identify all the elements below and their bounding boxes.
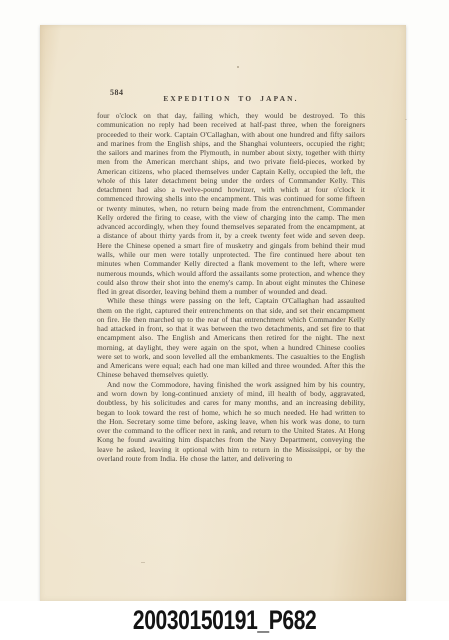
paper-speck	[405, 119, 407, 120]
paper-speck	[237, 66, 239, 68]
paper-speck	[141, 562, 145, 563]
photo-backdrop: 584 EXPEDITION TO JAPAN. four o'clock on…	[0, 0, 449, 640]
catalog-number: 20030150191_P682	[133, 605, 317, 636]
running-title: EXPEDITION TO JAPAN.	[163, 94, 298, 103]
caption-strip: 20030150191_P682	[0, 601, 449, 640]
page-content: 584 EXPEDITION TO JAPAN. four o'clock on…	[97, 88, 365, 463]
running-head: 584 EXPEDITION TO JAPAN.	[97, 88, 365, 100]
paragraph-1: four o'clock on that day, failing which,…	[97, 111, 365, 296]
paragraph-2: While these things were passing on the l…	[97, 296, 365, 379]
page-number: 584	[110, 88, 124, 97]
body-text: four o'clock on that day, failing which,…	[97, 111, 365, 463]
paragraph-3: And now the Commodore, having finished t…	[97, 380, 365, 463]
book-page-scan: 584 EXPEDITION TO JAPAN. four o'clock on…	[40, 25, 406, 601]
